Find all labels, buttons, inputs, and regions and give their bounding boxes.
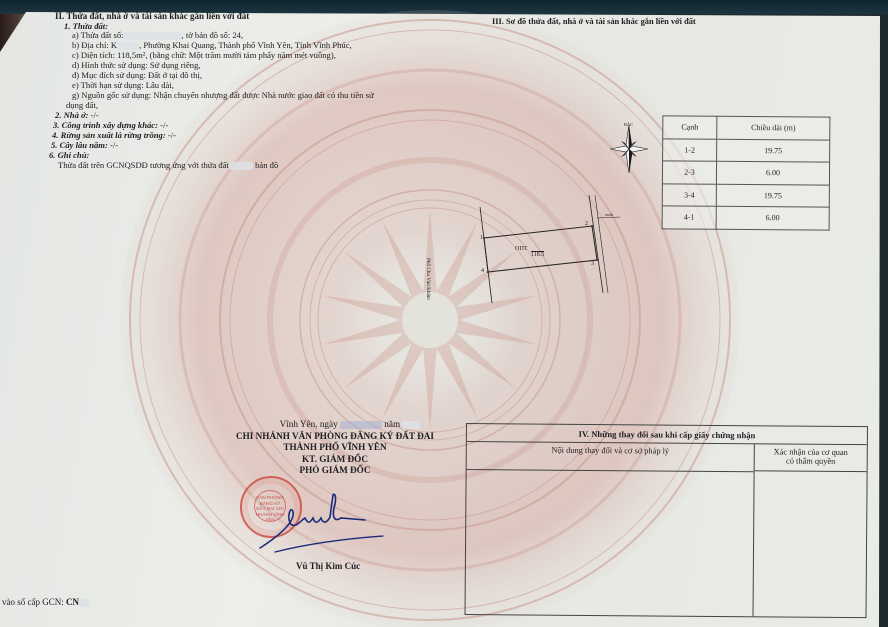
perennial-trees-line: 5. Cây lâu năm: -/- bbox=[51, 141, 118, 150]
vertex-label-2: 2 bbox=[585, 220, 588, 229]
length-cell: 6.00 bbox=[716, 161, 829, 184]
notes-text: Thửa đất trên GCNQSDĐ tương ứng với thửa… bbox=[58, 161, 278, 170]
vertex-label-4: 4 bbox=[481, 267, 484, 276]
parcel-number-line: a) Thửa đất số:, tờ bản đồ số: 24, bbox=[72, 31, 243, 40]
change-content-cell bbox=[466, 470, 754, 615]
production-forest-label: 4. Rừng sản xuất là rừng trồng: bbox=[52, 130, 166, 140]
authority-confirmation-header: Xác nhận của cơ quan có thẩm quyền bbox=[755, 444, 867, 472]
office-name-line1: CHI NHÁNH VĂN PHÒNG ĐĂNG KÝ ĐẤT ĐAI bbox=[180, 431, 490, 443]
signer-name: Vũ Thị Kim Cúc bbox=[296, 562, 360, 571]
perennial-trees-label: 5. Cây lâu năm: bbox=[51, 140, 108, 150]
change-content-header: Nội dung thay đổi và cơ sở pháp lý bbox=[467, 442, 754, 472]
parcel-area-number: 118.5 bbox=[531, 251, 544, 259]
redacted-parcel-ref bbox=[229, 162, 253, 170]
table-row: 3-4 19.75 bbox=[662, 183, 829, 207]
edge-cell: 2-3 bbox=[662, 161, 716, 184]
house-line: 2. Nhà ở: -/- bbox=[55, 111, 99, 120]
house-value: -/- bbox=[91, 110, 99, 120]
perennial-trees-value: -/- bbox=[110, 140, 118, 150]
area-line: c) Diện tích: 118,5m², (bằng chữ: Một tr… bbox=[72, 51, 336, 60]
edge-cell: 4-1 bbox=[662, 206, 716, 229]
redacted-date bbox=[340, 421, 382, 429]
address-line: b) Địa chỉ: K, Phường Khai Quang, Thành … bbox=[72, 41, 352, 50]
registry-line: vào sổ cấp GCN: CN bbox=[2, 598, 89, 607]
vertex-label-3: 3 bbox=[591, 260, 594, 269]
vertex-label-1: 1 bbox=[480, 234, 483, 243]
other-construction-value: -/- bbox=[160, 120, 168, 130]
office-name-line2: THÀNH PHỐ VĨNH YÊN bbox=[180, 442, 490, 454]
usage-origin-line2: dụng đất, bbox=[66, 101, 98, 110]
notes-text-suffix: bản đồ bbox=[255, 160, 278, 170]
registry-label: vào sổ cấp GCN: bbox=[2, 597, 64, 607]
edge-cell: 1-2 bbox=[663, 138, 717, 161]
address-value: , Phường Khai Quang, Thành phố Vĩnh Yên,… bbox=[139, 40, 352, 50]
table-row: 1-2 19.75 bbox=[663, 138, 830, 162]
handwritten-signature bbox=[255, 490, 385, 555]
notes-text-prefix: Thửa đất trên GCNQSDĐ tương ứng với thửa… bbox=[58, 160, 229, 170]
notes-label: 6. Ghi chú: bbox=[49, 151, 89, 160]
usage-term-line: e) Thời hạn sử dụng: Lâu dài, bbox=[72, 81, 174, 90]
signer-title-line1: KT. GIÁM ĐỐC bbox=[180, 454, 490, 466]
length-column-header: Chiều dài (m) bbox=[717, 116, 830, 139]
edge-length-table: Cạnh Chiều dài (m) 1-2 19.75 2-3 6.00 3-… bbox=[662, 115, 831, 230]
address-label: b) Địa chỉ: K bbox=[72, 40, 117, 50]
other-construction-label: 3. Công trình xây dựng khác: bbox=[53, 120, 158, 130]
compass-rose-icon bbox=[610, 125, 648, 173]
redacted-year bbox=[402, 421, 420, 429]
table-row: 2-3 6.00 bbox=[662, 161, 829, 185]
parcel-code: ODT bbox=[515, 245, 527, 254]
parcel-number-label: a) Thửa đất số: bbox=[72, 30, 124, 40]
usage-form-line: d) Hình thức sử dụng: Sử dụng riêng, bbox=[72, 61, 201, 70]
table-row: 4-1 6.00 bbox=[662, 206, 829, 230]
neighbor-label: ranh bbox=[605, 210, 613, 219]
usage-origin-line1: g) Nguồn gốc sử dụng: Nhận chuyển nhượng… bbox=[72, 91, 374, 100]
registry-value: CN bbox=[66, 597, 79, 607]
authority-confirmation-cell bbox=[753, 472, 866, 616]
production-forest-value: -/- bbox=[168, 130, 176, 140]
map-sheet-number: , tờ bản đồ số: 24, bbox=[182, 30, 244, 40]
other-construction-line: 3. Công trình xây dựng khác: -/- bbox=[53, 121, 168, 130]
length-cell: 6.00 bbox=[716, 206, 829, 229]
edge-column-header: Cạnh bbox=[663, 116, 717, 139]
street-label: Phố Chu Văn Khâm bbox=[423, 258, 432, 318]
section-2-title: II. Thửa đất, nhà ở và tài sản khác gắn … bbox=[55, 12, 249, 21]
place-date-year-label: năm bbox=[384, 419, 400, 429]
signer-title-line2: PHÓ GIÁM ĐỐC bbox=[180, 465, 490, 477]
section-3-title: III. Sơ đồ thửa đất, nhà ở và tài sản kh… bbox=[492, 17, 696, 26]
production-forest-line: 4. Rừng sản xuất là rừng trồng: -/- bbox=[52, 131, 176, 140]
redacted-address bbox=[117, 42, 139, 50]
changes-table: IV. Những thay đổi sau khi cấp giấy chứn… bbox=[464, 423, 867, 618]
redacted-parcel-number bbox=[124, 32, 182, 40]
house-label: 2. Nhà ở: bbox=[55, 110, 89, 120]
signature-block: Vĩnh Yên, ngày năm CHI NHÁNH VĂN PHÒNG Đ… bbox=[180, 419, 490, 477]
length-cell: 19.75 bbox=[716, 184, 829, 207]
parcel-sketch bbox=[440, 195, 620, 305]
edge-table-header: Cạnh Chiều dài (m) bbox=[663, 116, 830, 140]
length-cell: 19.75 bbox=[717, 139, 830, 162]
redacted-registry-number bbox=[79, 599, 89, 607]
place-date-prefix: Vĩnh Yên, ngày bbox=[280, 419, 338, 429]
authority-confirmation-header-line2: có thẩm quyền bbox=[755, 456, 867, 466]
edge-cell: 3-4 bbox=[662, 183, 716, 206]
place-date-line: Vĩnh Yên, ngày năm bbox=[180, 419, 490, 431]
usage-purpose-line: đ) Mục đích sử dụng: Đất ở tại đô thị, bbox=[72, 71, 202, 80]
